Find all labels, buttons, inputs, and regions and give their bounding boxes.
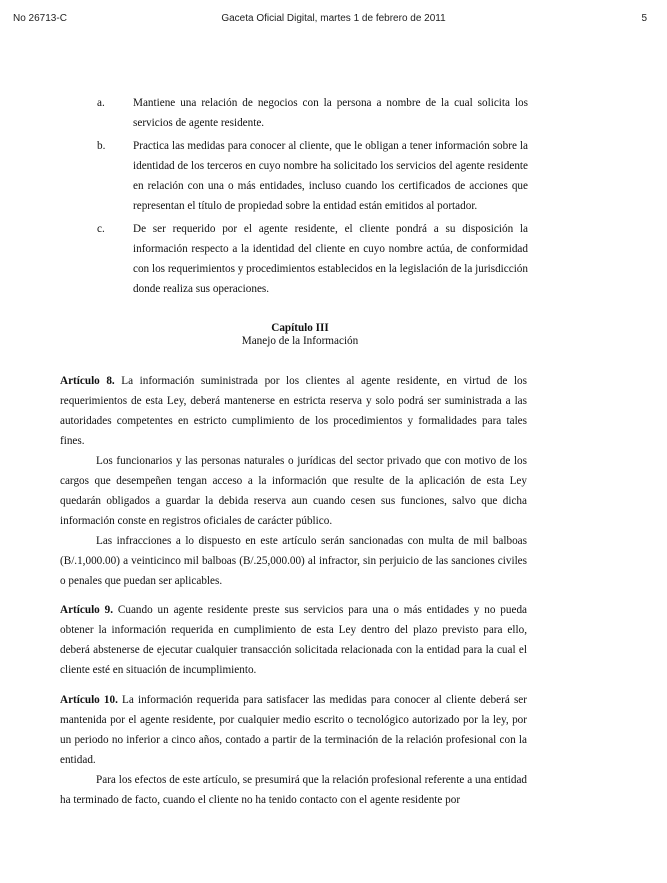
requirements-list: a. Mantiene una relación de negocios con…: [97, 93, 528, 302]
list-marker: c.: [97, 219, 133, 299]
list-marker: b.: [97, 136, 133, 216]
article-label: Artículo 10.: [60, 694, 118, 706]
list-item: c. De ser requerido por el agente reside…: [97, 219, 528, 299]
article-paragraph: Para los efectos de este artículo, se pr…: [60, 770, 527, 810]
article-label: Artículo 8.: [60, 375, 115, 387]
list-item-text: Mantiene una relación de negocios con la…: [133, 93, 528, 133]
list-item-text: De ser requerido por el agente residente…: [133, 219, 528, 299]
article-paragraph: Artículo 9. Cuando un agente residente p…: [60, 600, 527, 680]
list-item: a. Mantiene una relación de negocios con…: [97, 93, 528, 133]
chapter-title: Capítulo III: [0, 322, 600, 335]
list-item-text: Practica las medidas para conocer al cli…: [133, 136, 528, 216]
article-paragraph: Artículo 10. La información requerida pa…: [60, 690, 527, 770]
article-paragraph: Los funcionarios y las personas naturale…: [60, 451, 527, 531]
page-number: 5: [641, 13, 647, 24]
list-marker: a.: [97, 93, 133, 133]
article-paragraph: Las infracciones a lo dispuesto en este …: [60, 531, 527, 591]
list-item: b. Practica las medidas para conocer al …: [97, 136, 528, 216]
article-10: Artículo 10. La información requerida pa…: [60, 690, 527, 810]
gazette-title: Gaceta Oficial Digital, martes 1 de febr…: [0, 13, 667, 24]
article-label: Artículo 9.: [60, 604, 113, 616]
article-paragraph: Artículo 8. La información suministrada …: [60, 371, 527, 451]
article-9: Artículo 9. Cuando un agente residente p…: [60, 600, 527, 680]
article-8: Artículo 8. La información suministrada …: [60, 371, 527, 591]
chapter-subtitle: Manejo de la Información: [0, 335, 600, 348]
chapter-heading: Capítulo III Manejo de la Información: [0, 322, 600, 348]
